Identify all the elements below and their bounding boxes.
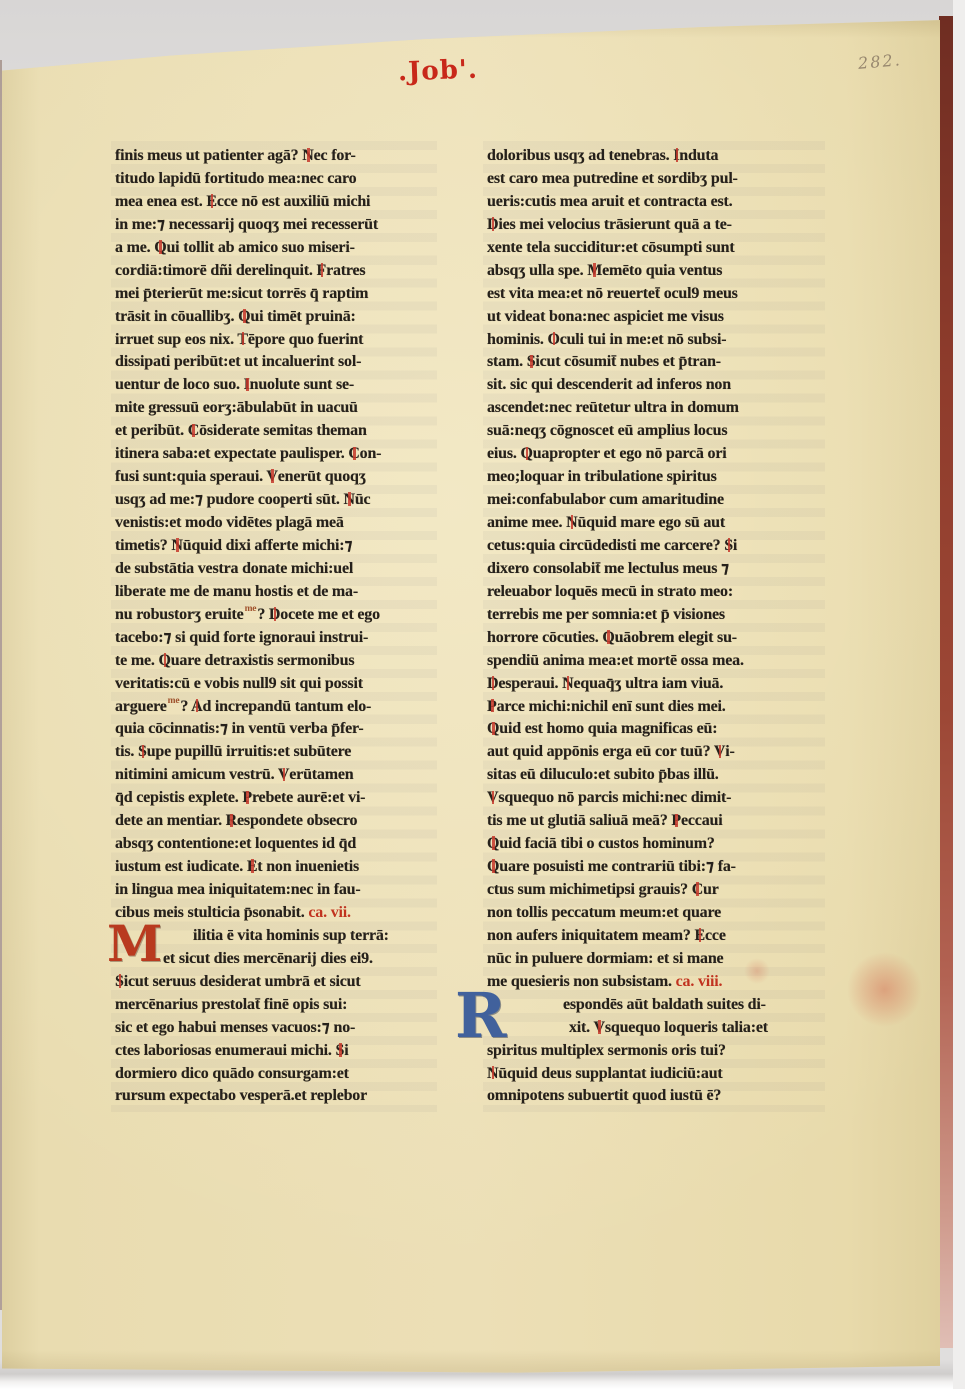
text-line: quia cōcinnatis:⁊ in ventū verba p̄fer- (115, 718, 433, 741)
text-line: non tollis peccatum meum:et quare (487, 902, 821, 925)
text-line: a me. Qui tollit ab amico suo miseri- (115, 237, 433, 260)
text-line: Nūquid deus supplantat iudiciū:aut (487, 1063, 821, 1086)
text-line: liberate me de manu hostis et de ma- (115, 581, 433, 604)
rubricated-capital: M (587, 262, 602, 279)
text-line: anime mee. Nūquid mare ego sū aut (487, 512, 821, 535)
text-line: nitimini amicum vestrū. Verūtamen (115, 764, 433, 787)
text-line: usqʒ ad me:⁊ pudore cooperti sūt. Nūc (115, 489, 433, 512)
rubricated-capital: Q (602, 629, 614, 646)
text-line: cordiā:timorē dñi derelinquit. Fratres (115, 260, 433, 283)
text-line: ilitia ē vita hominis sup terrā: (115, 925, 433, 948)
interlinear-gloss: me (245, 604, 257, 614)
rubricated-capital: Q (487, 720, 499, 737)
text-line: me quesieris non subsistam. ca. viii. (487, 971, 821, 994)
text-line: ctes laboriosas enumeraui michi. Si (115, 1040, 433, 1063)
rubricated-capital: I (244, 376, 250, 393)
rubricated-capital: D (487, 675, 498, 692)
text-line: finis meus ut patienter agā? Nec for- (115, 145, 433, 168)
rubricated-capital: S (724, 537, 733, 554)
illuminated-initial-M: M (107, 921, 162, 967)
rubricated-capital: Q (487, 858, 499, 875)
text-line: sitas eū diluculo:et subito p̄bas illū. (487, 764, 821, 787)
text-line: sit. sic qui descenderit ad inferos non (487, 374, 821, 397)
folio-number: 282. (857, 50, 902, 73)
rubricated-capital: E (247, 858, 257, 875)
text-line: dissipati peribūt:et ut incaluerint sol- (115, 351, 433, 374)
text-line: tis. Supe pupillū irruitis:et subūtere (115, 741, 433, 764)
rubricated-capital: N (343, 491, 354, 508)
rubricated-capital: C (188, 422, 199, 439)
rubric-chapter-mark: ca. vii. (308, 904, 350, 921)
rubricated-capital: F (317, 262, 327, 279)
rubricated-capital: P (671, 812, 681, 829)
text-line: Quare posuisti me contrariū tibi:⁊ fa- (487, 856, 821, 879)
manuscript-photo: .Job'. 282. finis meus ut patienter agā?… (0, 0, 965, 1389)
manuscript-page: .Job'. 282. finis meus ut patienter agā?… (2, 12, 940, 1374)
text-line: Desperaui. Nequaq̄ʒ ultra iam viuā. (487, 673, 821, 696)
text-line: terrebis me per somnia:et p̄ visiones (487, 604, 821, 627)
rubricated-capital: S (115, 973, 124, 990)
rubricated-capital: Q (238, 308, 250, 325)
text-line: est vita mea:et nō reuertet̄ ocul9 meus (487, 283, 821, 306)
text-line: Quid faciā tibi o custos hominum? (487, 833, 821, 856)
text-line: irruet sup eos nix. Tēpore quo fuerint (115, 329, 433, 352)
text-line: tis me ut glutiā saliuā meā? Peccaui (487, 810, 821, 833)
book-fore-edge (939, 16, 953, 1348)
text-line: doloribus usqʒ ad tenebras. Induta (487, 145, 821, 168)
text-line: non aufers iniquitatem meam? Ecce (487, 925, 821, 948)
rubricated-capital: V (594, 1019, 605, 1036)
text-line: uentur de loco suo. Inuolute sunt se- (115, 374, 433, 397)
text-line: Sicut seruus desiderat umbrā et sicut (115, 971, 433, 994)
rubricated-capital: P (487, 698, 497, 715)
rubricated-capital: T (237, 331, 247, 348)
running-title: .Job'. (398, 55, 479, 88)
text-line: itinera saba:et expectate paulisper. Con… (115, 443, 433, 466)
text-line: absqʒ contentione:et loquentes id q̄d (115, 833, 433, 856)
rubricated-capital: Q (154, 239, 166, 256)
text-line: veritatis:cū e vobis null9 sit qui possi… (115, 673, 433, 696)
text-line: et peribūt. Cōsiderate semitas theman (115, 420, 433, 443)
text-line: mei:confabulabor cum amaritudine (487, 489, 821, 512)
text-line: mite gressuū eorʒ:ābulabūt in uacuū (115, 397, 433, 420)
text-line: sic et ego habui menses vacuos:⁊ no- (115, 1017, 433, 1040)
text-line: ut videat bona:nec aspiciet me visus (487, 306, 821, 329)
text-line: mercēnarius prestolat̄ finē opis sui: (115, 994, 433, 1017)
text-line: q̄d cepistis explete. Prebete aurē:et vi… (115, 787, 433, 810)
text-line: dete an mentiar. Respondete obsecro (115, 810, 433, 833)
text-line: eius. Quapropter et ego nō parcā ori (487, 443, 821, 466)
text-line: dormiero dico quādo consurgam:et (115, 1063, 433, 1086)
rubricated-capital: C (692, 881, 703, 898)
text-line: suā:neqʒ cōgnoscet eū amplius locus (487, 420, 821, 443)
text-column-right: doloribus usqʒ ad tenebras. Indutaest ca… (487, 145, 821, 1108)
text-line: espondēs aūt baldath suites di- (487, 994, 821, 1017)
text-line: cetus:quia circūdedisti me carcere? Si (487, 535, 821, 558)
text-line: venistis:et modo vidētes plagā meā (115, 512, 433, 535)
text-line: nu robustorʒ eruiteme? Docete me et ego (115, 604, 433, 627)
rubricated-capital: Q (158, 652, 170, 669)
rubricated-capital: Q (520, 445, 532, 462)
rubricated-capital: V (266, 468, 277, 485)
text-line: fusi sunt:quia speraui. Venerūt quoqʒ (115, 466, 433, 489)
text-column-left: finis meus ut patienter agā? Nec for-tit… (115, 145, 433, 1108)
text-line: absqʒ ulla spe. Memēto quia ventus (487, 260, 821, 283)
text-line: spendiū anima mea:et mortē ossa mea. (487, 650, 821, 673)
text-line: trāsit in cōuallibʒ. Qui timēt pruinā: (115, 306, 433, 329)
text-line: ueris:cutis mea aruit et contracta est. (487, 191, 821, 214)
text-line: ctus sum michimetipsi grauis? Cur (487, 879, 821, 902)
rubricated-capital: S (336, 1042, 345, 1059)
page-left-edge (0, 60, 2, 1310)
text-line: est caro mea putredine et sordibʒ pul- (487, 168, 821, 191)
text-line: mei p̄terierūt me:sicut torrēs q̄ raptim (115, 283, 433, 306)
text-line: rursum expectabo vesperā.et replebor (115, 1085, 433, 1108)
text-line: nūc in puluere dormiam: et si mane (487, 948, 821, 971)
text-line: xente tela succiditur:et cōsumpti sunt (487, 237, 821, 260)
rubricated-capital: D (487, 216, 498, 233)
text-line: aut quid appōnis erga eū cor tuū? Vi- (487, 741, 821, 764)
rubricated-capital: N (302, 147, 313, 164)
rubricated-capital: N (171, 537, 182, 554)
rubricated-capital: E (695, 927, 705, 944)
text-line: Quid est homo quia magnificas eū: (487, 718, 821, 741)
text-line: Parce michi:nichil enī sunt dies mei. (487, 696, 821, 719)
illuminated-initial-R: R (455, 988, 507, 1044)
text-line: spiritus multiplex sermonis oris tui? (487, 1040, 821, 1063)
text-line: in lingua mea iniquitatem:nec in fau- (115, 879, 433, 902)
rubricated-capital: E (206, 193, 216, 210)
rubricated-capital: V (487, 789, 498, 806)
rubricated-capital: D (269, 606, 280, 623)
rubricated-capital: A (191, 698, 202, 715)
text-line: Dies mei velocius trāsierunt quā a te- (487, 214, 821, 237)
text-line: titudo lapidū fortitudo mea:nec caro (115, 168, 433, 191)
text-line: ascendet:nec reūtetur ultra in domum (487, 397, 821, 420)
interlinear-gloss: me (168, 696, 180, 706)
rubricated-capital: N (487, 1065, 498, 1082)
rubricated-capital: V (714, 743, 725, 760)
text-line: Vsquequo nō parcis michi:nec dimit- (487, 787, 821, 810)
text-line: iustum est iudicate. Et non inuenietis (115, 856, 433, 879)
text-line: releuabor loquēs mecū in strato meo: (487, 581, 821, 604)
text-line: dixero consolabit̄ me lectulus meus ⁊ (487, 558, 821, 581)
rubricated-capital: P (242, 789, 252, 806)
text-line: meo;loquar in tribulatione spiritus (487, 466, 821, 489)
text-line: de substātia vestra donate michi:uel (115, 558, 433, 581)
rubricated-capital: S (527, 353, 536, 370)
rubricated-capital: N (562, 675, 573, 692)
rubricated-capital: Q (487, 835, 499, 852)
text-line: xit. Vsquequo loqueris talia:et (487, 1017, 821, 1040)
text-line: timetis? Nūquid dixi afferte michi:⁊ (115, 535, 433, 558)
text-line: in me:⁊ necessarij quoqʒ mei recesserūt (115, 214, 433, 237)
rubric-chapter-mark: ca. viii. (676, 973, 723, 990)
text-line: arguereme? Ad increpandū tantum elo- (115, 696, 433, 719)
text-line: tacebo:⁊ si quid forte ignoraui instrui- (115, 627, 433, 650)
text-line: et sicut dies mercēnarij dies ei9. (115, 948, 433, 971)
rubricated-capital: O (547, 331, 559, 348)
text-line: te me. Quare detraxistis sermonibus (115, 650, 433, 673)
rubricated-capital: V (278, 766, 289, 783)
rubricated-capital: R (226, 812, 237, 829)
rubricated-capital: N (566, 514, 577, 531)
text-line: horrore cōcuties. Quāobrem elegit su- (487, 627, 821, 650)
text-line: cibus meis stulticia p̄sonabit. ca. vii. (115, 902, 433, 925)
rubricated-capital: I (673, 147, 679, 164)
rubricated-capital: C (348, 445, 359, 462)
red-paint-stain (847, 952, 922, 1027)
text-line: stam. Sicut cōsumit̄ nubes et p̄tran- (487, 351, 821, 374)
text-line: hominis. Oculi tui in me:et nō subsi- (487, 329, 821, 352)
rubricated-capital: S (138, 743, 147, 760)
text-line: mea enea est. Ecce nō est auxiliū michi (115, 191, 433, 214)
text-line: omnipotens subuertit quod iustū ē? (487, 1085, 821, 1108)
photo-background-right (953, 0, 965, 1389)
